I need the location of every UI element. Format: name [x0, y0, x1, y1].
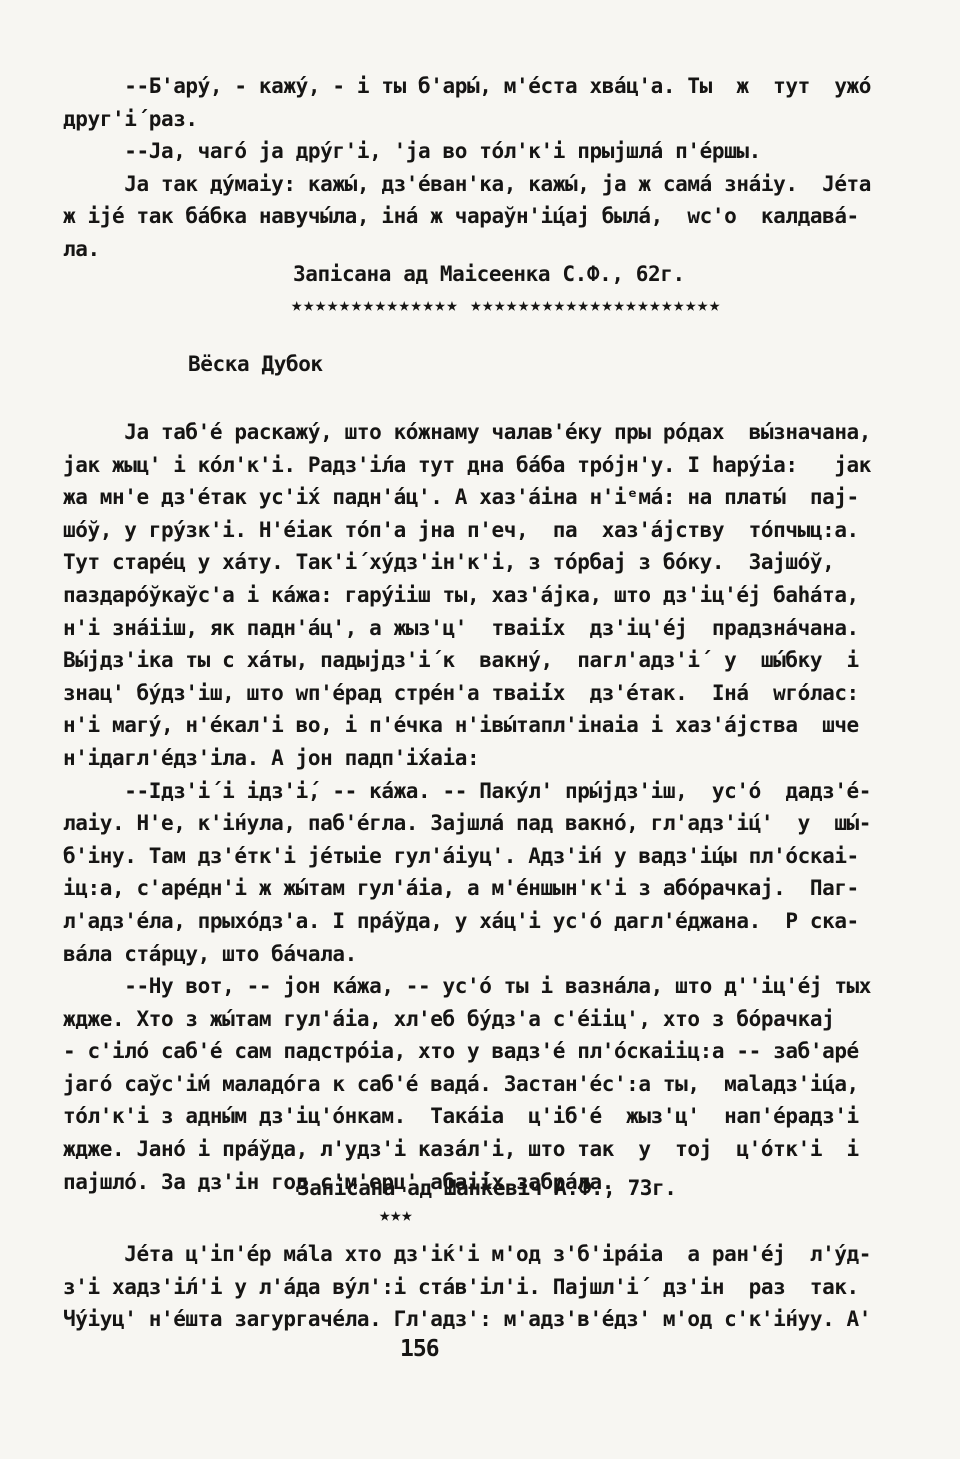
- text-line: ва́ла ста́рцу, што ба́чала.: [63, 938, 871, 971]
- text-line: іц:а, с'аре́дн'і ж жы́там гул'а́іа, а м'…: [63, 872, 871, 905]
- text-line: --Ну вот, -- jон ка́жа, -- ус'о́ ты і ва…: [63, 970, 871, 1003]
- text-line: то́л'к'і з адны́м дз'іц'о́нкам. Така́іа …: [63, 1100, 871, 1133]
- page-number: 156: [400, 1336, 439, 1362]
- text-line: л'адз'е́ла, прыхо́дз'а. І пра́ўда, у ха́…: [63, 905, 871, 938]
- text-line: Вы́jдз'іка ты с ха́ты, падыjдз'і́ к вакн…: [63, 644, 871, 677]
- text-line: жа мн'е дз'е́так ус'і́х падн'а́ц'. А хаз…: [63, 481, 871, 514]
- dialog-paragraphs: --Б'ару́, - кажу́, - і ты б'ары́, м'е́ст…: [63, 70, 871, 266]
- text-line: --Ja, чаго́ ja дру́г'і, 'ja во то́л'к'і …: [63, 135, 871, 168]
- story-paragraphs: Ja таб'е́ раскажу́, што ко́жнаму чалав'е…: [63, 416, 871, 1198]
- text-line: jаго́ саўс'і́м маладо́га к саб'е́ вада́.…: [63, 1068, 871, 1101]
- attribution-maiseyenka: Запісана ад Маісеенка С.Ф., 62г.: [293, 262, 685, 286]
- text-line: з'і хадз'і́л'і у л'а́да ву́л':і ста́в'іл…: [63, 1271, 871, 1304]
- text-line: ждже. Jано́ і пра́ўда, л'удз'і каза́л'і,…: [63, 1133, 871, 1166]
- attribution-shankevich: Запісана ад Шанкевіч А.Ф., 73г.: [297, 1176, 677, 1200]
- text-line: - с'іло́ саб'е́ сам падстро́іа, хто у ва…: [63, 1035, 871, 1068]
- text-line: лаіу. Н'е, к'і́нула, паб'е́гла. Заjшла́ …: [63, 807, 871, 840]
- star-separator: ★★★★★★★★★★★★★★ ★★★★★★★★★★★★★★★★★★★★★: [291, 294, 721, 316]
- text-line: шо́ў, у гру́зк'і. Н'е́іак то́п'а jна п'е…: [63, 514, 871, 547]
- text-line: Jе́та ц'іп'е́р ма́lа хто дз'і́к'і м'од з…: [63, 1238, 871, 1271]
- section-heading-vyoska-dubok: Вёска Дубок: [188, 352, 323, 376]
- text-line: ла.: [63, 233, 871, 266]
- text-line: Тут старе́ц у ха́ту. Так'і́ ху́дз'ін'к'і…: [63, 546, 871, 579]
- text-line: паздаро́ўкаўс'а і ка́жа: гару́ііш ты, ха…: [63, 579, 871, 612]
- text-line: jак жыц' і ко́л'к'і. Радз'і́ла тут дна б…: [63, 449, 871, 482]
- text-line: друг'і́ раз.: [63, 103, 871, 136]
- text-line: н'і зна́ііш, як падн'а́ц', а жыз'ц' тваі…: [63, 612, 871, 645]
- text-line: б'іну. Там дз'е́тк'і jе́тыіе гул'а́іуц'.…: [63, 840, 871, 873]
- text-line: Чу́іуц' н'е́шта загургаче́ла. Гл'адз': м…: [63, 1303, 871, 1336]
- text-line: --Ідз'і́ і ідз'і́, -- ка́жа. -- Паку́л' …: [63, 775, 871, 808]
- text-line: --Б'ару́, - кажу́, - і ты б'ары́, м'е́ст…: [63, 70, 871, 103]
- text-line: знац' бу́дз'іш, што wп'е́рад стре́н'а тв…: [63, 677, 871, 710]
- text-line: ж іjе́ так ба́бка навучы́ла, іна́ ж чара…: [63, 200, 871, 233]
- text-line: ждже. Хто з жы́там гул'а́іа, хл'еб бу́дз…: [63, 1003, 871, 1036]
- text-line: н'і магу́, н'е́кал'і во, і п'е́чка н'івы…: [63, 709, 871, 742]
- star-separator-small: ★★★: [379, 1204, 412, 1226]
- text-line: н'ідагл'е́дз'іла. А jон падп'і́хаіа:: [63, 742, 871, 775]
- closing-paragraph: Jе́та ц'іп'е́р ма́lа хто дз'і́к'і м'од з…: [63, 1238, 871, 1336]
- text-line: Ja таб'е́ раскажу́, што ко́жнаму чалав'е…: [63, 416, 871, 449]
- text-line: Ja так ду́маіу: кажы́, дз'е́ван'ка, кажы…: [63, 168, 871, 201]
- scanned-document-page: --Б'ару́, - кажу́, - і ты б'ары́, м'е́ст…: [0, 0, 960, 1459]
